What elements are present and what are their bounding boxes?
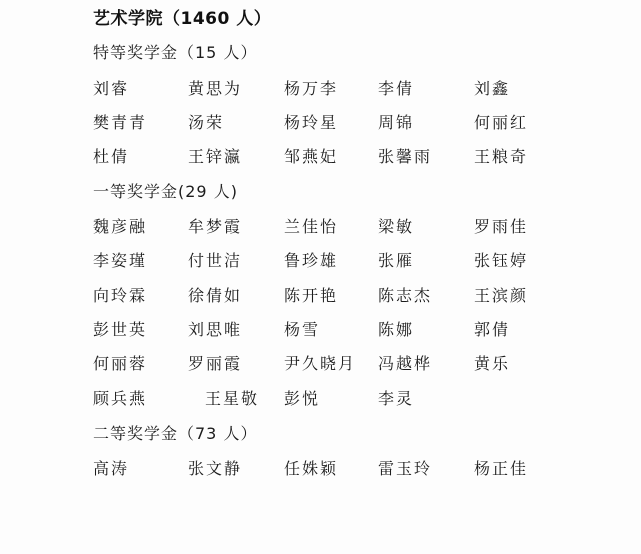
name-row: 何丽蓉 罗丽霞 尹久晓月 冯越桦 黄乐 [0, 351, 641, 375]
student-name: 刘鑫 [474, 76, 510, 99]
student-name: 向玲霖 [93, 283, 147, 306]
student-name: 张雁 [378, 248, 414, 271]
student-name: 陈开艳 [284, 283, 338, 306]
student-name: 魏彦融 [93, 214, 147, 237]
student-name: 冯越桦 [378, 351, 432, 374]
student-name: 牟梦霞 [188, 214, 242, 237]
student-name: 兰佳怡 [284, 214, 338, 237]
name-row: 顾兵燕 王星敬 彭悦 李灵 [0, 386, 641, 410]
student-name: 鲁珍雄 [284, 248, 338, 271]
name-row: 杜倩 王锌瀛 邹燕妃 张馨雨 王粮奇 [0, 144, 641, 168]
student-name: 黄思为 [188, 76, 242, 99]
student-name: 罗丽霞 [188, 351, 242, 374]
student-name: 杨万李 [284, 76, 338, 99]
student-name: 何丽红 [474, 110, 528, 133]
student-name: 樊青青 [93, 110, 147, 133]
name-row: 魏彦融 牟梦霞 兰佳怡 梁敏 罗雨佳 [0, 214, 641, 238]
student-name: 李倩 [378, 76, 414, 99]
student-name: 陈娜 [378, 317, 414, 340]
name-row: 李姿瑾 付世洁 鲁珍雄 张雁 张钰婷 [0, 248, 641, 272]
student-name: 汤荣 [188, 110, 224, 133]
student-name: 张钰婷 [474, 248, 528, 271]
student-name: 李姿瑾 [93, 248, 147, 271]
student-name: 何丽蓉 [93, 351, 147, 374]
student-name: 黄乐 [474, 351, 510, 374]
student-name: 高涛 [93, 456, 129, 479]
student-name: 彭世英 [93, 317, 147, 340]
student-name: 顾兵燕 [93, 386, 147, 409]
student-name: 刘思唯 [188, 317, 242, 340]
student-name: 王锌瀛 [188, 144, 242, 167]
name-row: 向玲霖 徐倩如 陈开艳 陈志杰 王滨颜 [0, 283, 641, 307]
student-name: 杨正佳 [474, 456, 528, 479]
student-name: 杨雪 [284, 317, 320, 340]
student-name: 郭倩 [474, 317, 510, 340]
student-name: 雷玉玲 [378, 456, 432, 479]
student-name: 陈志杰 [378, 283, 432, 306]
name-row: 高涛 张文静 任姝颖 雷玉玲 杨正佳 [0, 456, 641, 480]
student-name: 张馨雨 [378, 144, 432, 167]
student-name: 任姝颖 [284, 456, 338, 479]
student-name: 王粮奇 [474, 144, 528, 167]
scholarship-document-page: 艺术学院（1460 人） 特等奖学金（15 人） 刘睿 黄思为 杨万李 李倩 刘… [0, 0, 641, 554]
section-heading-second-grade: 二等奖学金（73 人） [93, 421, 257, 444]
student-name: 周锦 [378, 110, 414, 133]
student-name: 邹燕妃 [284, 144, 338, 167]
student-name: 刘睿 [93, 76, 129, 99]
student-name: 付世洁 [188, 248, 242, 271]
student-name: 李灵 [378, 386, 414, 409]
student-name: 徐倩如 [188, 283, 242, 306]
student-name: 梁敏 [378, 214, 414, 237]
student-name: 罗雨佳 [474, 214, 528, 237]
student-name: 尹久晓月 [284, 351, 356, 374]
student-name: 王滨颜 [474, 283, 528, 306]
name-row: 樊青青 汤荣 杨玲星 周锦 何丽红 [0, 110, 641, 134]
student-name: 杜倩 [93, 144, 129, 167]
college-title: 艺术学院（1460 人） [93, 4, 271, 29]
name-row: 刘睿 黄思为 杨万李 李倩 刘鑫 [0, 76, 641, 100]
section-heading-first-grade: 一等奖学金(29 人) [93, 179, 238, 202]
student-name: 彭悦 [284, 386, 320, 409]
student-name: 张文静 [188, 456, 242, 479]
student-name: 王星敬 [205, 386, 259, 409]
section-heading-special-grade: 特等奖学金（15 人） [93, 40, 257, 63]
student-name: 杨玲星 [284, 110, 338, 133]
name-row: 彭世英 刘思唯 杨雪 陈娜 郭倩 [0, 317, 641, 341]
